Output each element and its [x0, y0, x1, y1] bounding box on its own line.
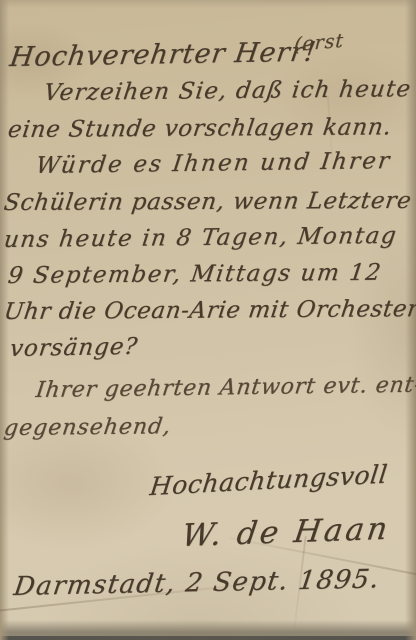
dateline: Darmstadt, 2 Sept. 1895. [12, 564, 382, 602]
body-line: gegensehend, [2, 414, 172, 441]
signature-line: W. de Haan [179, 511, 392, 554]
letter-page: Hochverehrter Herr! (erst Verzeihen Sie,… [0, 0, 416, 640]
body-line: 9 September, Mittags um 12 [6, 260, 383, 289]
body-line: Würde es Ihnen und Ihrer [34, 148, 393, 179]
body-line: uns heute in 8 Tagen, Montag [2, 223, 399, 253]
body-line: Schülerin passen, wenn Letztere [2, 188, 413, 216]
inserted-word: (erst [293, 30, 344, 57]
salutation-line: Hochverehrter Herr! [8, 37, 319, 73]
closing-line: Hochachtungsvoll [148, 459, 389, 501]
body-line: vorsänge? [8, 334, 139, 362]
body-line: eine Stunde vorschlagen kann. [6, 114, 393, 143]
body-line: Ihrer geehrten Antwort evt. ent- [34, 373, 416, 403]
body-line: Uhr die Ocean-Arie mit Orchester [2, 296, 416, 325]
body-line: Verzeihen Sie, daß ich heute [42, 76, 413, 106]
